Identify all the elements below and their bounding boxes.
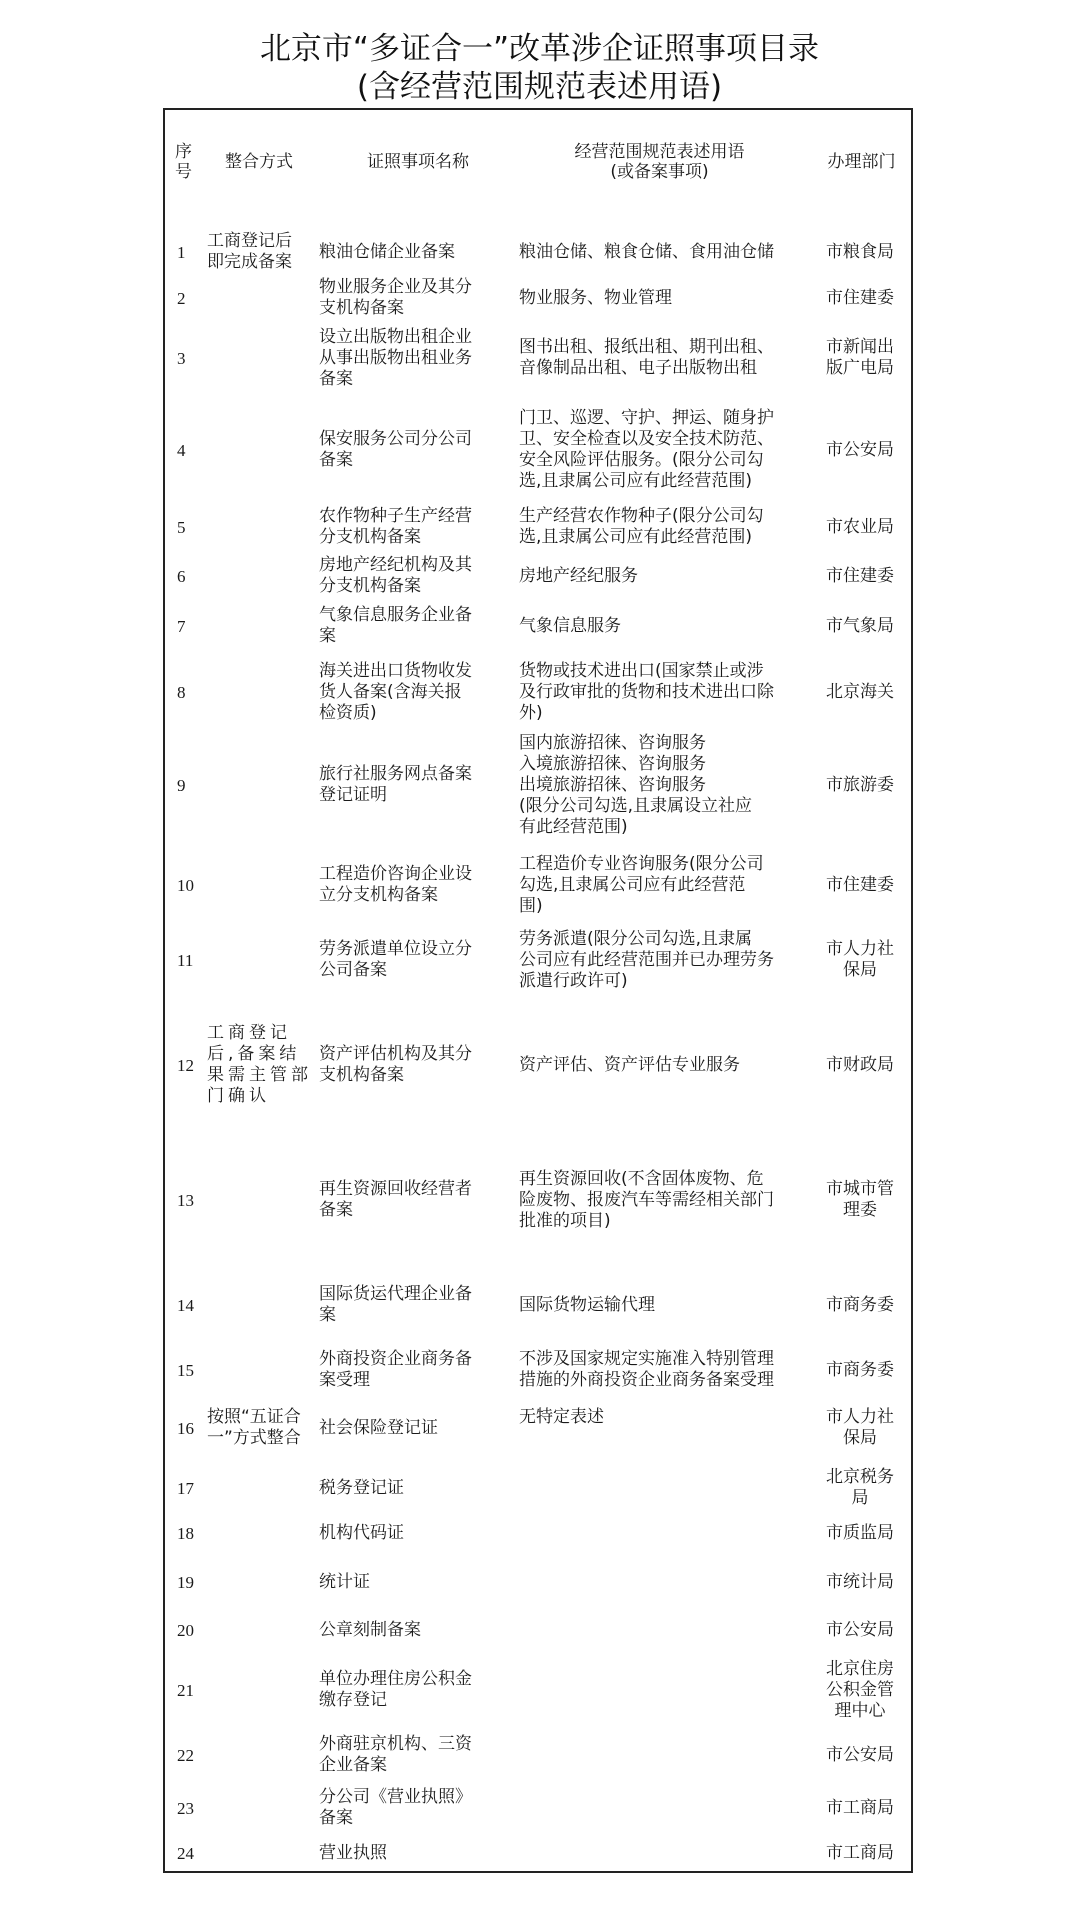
row-number: 3: [165, 348, 203, 369]
business-scope: 工程造价专业咨询服务(限分公司 勾选,且隶属公司应有此经营范 围): [519, 854, 809, 917]
handling-department: 市公安局: [809, 1745, 911, 1766]
row-number: 8: [165, 682, 203, 703]
row-number: 16: [165, 1418, 203, 1439]
certificate-name: 机构代码证: [319, 1523, 519, 1544]
handling-department: 市气象局: [809, 616, 911, 637]
certificate-name: 房地产经纪机构及其 分支机构备案: [319, 555, 519, 597]
handling-department: 市农业局: [809, 517, 911, 538]
header-name: 证照事项名称: [329, 152, 507, 172]
table-row: 12工商登记 后,备案结 果需主管部 门确认资产评估机构及其分 支机构备案资产评…: [165, 1023, 911, 1107]
handling-department: 市财政局: [809, 1055, 911, 1076]
row-number: 10: [165, 875, 203, 896]
row-number: 5: [165, 517, 203, 538]
integration-method: 按照“五证合 一”方式整合: [203, 1407, 319, 1449]
certificate-name: 单位办理住房公积金 缴存登记: [319, 1669, 519, 1711]
table-row: 13再生资源回收经营者 备案再生资源回收(不含固体废物、危 险废物、报废汽车等需…: [165, 1169, 911, 1232]
document-title: 北京市“多证合一”改革涉企证照事项目录: [0, 30, 1079, 68]
handling-department: 市质监局: [809, 1523, 911, 1544]
certificate-name: 国际货运代理企业备 案: [319, 1284, 519, 1326]
row-number: 23: [165, 1798, 203, 1819]
row-number: 7: [165, 616, 203, 637]
table-row: 5农作物种子生产经营 分支机构备案生产经营农作物种子(限分公司勾 选,且隶属公司…: [165, 506, 911, 548]
business-scope: 粮油仓储、粮食仓储、食用油仓储: [519, 242, 809, 263]
handling-department: 市粮食局: [809, 242, 911, 263]
header-dept: 办理部门: [812, 152, 911, 172]
certificate-name: 外商驻京机构、三资 企业备案: [319, 1734, 519, 1776]
row-number: 2: [165, 288, 203, 309]
business-scope: 门卫、巡逻、守护、押运、随身护 卫、安全检查以及安全技术防范、 安全风险评估服务…: [519, 408, 809, 492]
business-scope: 生产经营农作物种子(限分公司勾 选,且隶属公司应有此经营范围): [519, 506, 809, 548]
row-number: 11: [165, 950, 203, 971]
business-scope: 无特定表述: [519, 1407, 809, 1428]
handling-department: 市住建委: [809, 566, 911, 587]
table-row: 11劳务派遣单位设立分 公司备案劳务派遣(限分公司勾选,且隶属 公司应有此经营范…: [165, 929, 911, 992]
table-row: 24营业执照市工商局: [165, 1843, 911, 1864]
handling-department: 北京税务 局: [809, 1467, 911, 1509]
handling-department: 市旅游委: [809, 775, 911, 796]
certificate-name: 再生资源回收经营者 备案: [319, 1179, 519, 1221]
handling-department: 市住建委: [809, 288, 911, 309]
table-row: 15外商投资企业商务备 案受理不涉及国家规定实施准入特别管理 措施的外商投资企业…: [165, 1349, 911, 1391]
handling-department: 北京海关: [809, 682, 911, 703]
handling-department: 市商务委: [809, 1295, 911, 1316]
business-scope: 再生资源回收(不含固体废物、危 险废物、报废汽车等需经相关部门 批准的项目): [519, 1169, 809, 1232]
business-scope: 房地产经纪服务: [519, 566, 809, 587]
certificate-name: 劳务派遣单位设立分 公司备案: [319, 939, 519, 981]
header-scope: 经营范围规范表述用语 (或备案事项): [507, 142, 812, 182]
certificate-name: 保安服务公司分公司 备案: [319, 429, 519, 471]
table-row: 22外商驻京机构、三资 企业备案市公安局: [165, 1734, 911, 1776]
certificate-name: 物业服务企业及其分 支机构备案: [319, 277, 519, 319]
row-number: 15: [165, 1360, 203, 1381]
row-number: 18: [165, 1523, 203, 1544]
row-number: 4: [165, 440, 203, 461]
business-scope: 国内旅游招徕、咨询服务 入境旅游招徕、咨询服务 出境旅游招徕、咨询服务 (限分公…: [519, 733, 809, 838]
table-row: 6房地产经纪机构及其 分支机构备案房地产经纪服务市住建委: [165, 555, 911, 597]
row-number: 24: [165, 1843, 203, 1864]
business-scope: 货物或技术进出口(国家禁止或涉 及行政审批的货物和技术进出口除 外): [519, 661, 809, 724]
handling-department: 市城市管 理委: [809, 1179, 911, 1221]
handling-department: 市商务委: [809, 1360, 911, 1381]
row-number: 17: [165, 1478, 203, 1499]
certificate-name: 工程造价咨询企业设 立分支机构备案: [319, 864, 519, 906]
business-scope: 劳务派遣(限分公司勾选,且隶属 公司应有此经营范围并已办理劳务 派遣行政许可): [519, 929, 809, 992]
row-number: 9: [165, 775, 203, 796]
row-number: 21: [165, 1680, 203, 1701]
table-row: 18机构代码证市质监局: [165, 1523, 911, 1544]
certificate-name: 分公司《营业执照》 备案: [319, 1787, 519, 1829]
certificate-name: 农作物种子生产经营 分支机构备案: [319, 506, 519, 548]
row-number: 22: [165, 1745, 203, 1766]
handling-department: 市工商局: [809, 1843, 911, 1864]
integration-method: 工商登记后 即完成备案: [203, 231, 319, 273]
row-number: 6: [165, 566, 203, 587]
certificate-name: 社会保险登记证: [319, 1418, 519, 1439]
table-row: 23分公司《营业执照》 备案市工商局: [165, 1787, 911, 1829]
certificate-name: 气象信息服务企业备 案: [319, 605, 519, 647]
certificate-name: 营业执照: [319, 1843, 519, 1864]
table-row: 10工程造价咨询企业设 立分支机构备案工程造价专业咨询服务(限分公司 勾选,且隶…: [165, 854, 911, 917]
certificate-name: 旅行社服务网点备案 登记证明: [319, 764, 519, 806]
business-scope: 不涉及国家规定实施准入特别管理 措施的外商投资企业商务备案受理: [519, 1349, 809, 1391]
certificate-name: 资产评估机构及其分 支机构备案: [319, 1044, 519, 1086]
table-row: 14国际货运代理企业备 案国际货物运输代理市商务委: [165, 1284, 911, 1326]
table-row: 2物业服务企业及其分 支机构备案物业服务、物业管理市住建委: [165, 277, 911, 319]
handling-department: 市工商局: [809, 1798, 911, 1819]
handling-department: 市公安局: [809, 440, 911, 461]
row-number: 1: [165, 242, 203, 263]
table-row: 19统计证市统计局: [165, 1572, 911, 1593]
certificate-name: 外商投资企业商务备 案受理: [319, 1349, 519, 1391]
business-scope: 国际货物运输代理: [519, 1295, 809, 1316]
certificate-name: 统计证: [319, 1572, 519, 1593]
table-row: 7气象信息服务企业备 案气象信息服务市气象局: [165, 605, 911, 647]
table-row: 8海关进出口货物收发 货人备案(含海关报 检资质)货物或技术进出口(国家禁止或涉…: [165, 661, 911, 724]
row-number: 12: [165, 1055, 203, 1076]
row-number: 20: [165, 1620, 203, 1641]
handling-department: 北京住房 公积金管 理中心: [809, 1659, 911, 1722]
row-number: 19: [165, 1572, 203, 1593]
business-scope: 气象信息服务: [519, 616, 809, 637]
business-scope: 物业服务、物业管理: [519, 288, 809, 309]
certificate-name: 设立出版物出租企业 从事出版物出租业务 备案: [319, 327, 519, 390]
certificate-name: 海关进出口货物收发 货人备案(含海关报 检资质): [319, 661, 519, 724]
table-row: 20公章刻制备案市公安局: [165, 1620, 911, 1641]
certificate-name: 公章刻制备案: [319, 1620, 519, 1641]
table-row: 9旅行社服务网点备案 登记证明国内旅游招徕、咨询服务 入境旅游招徕、咨询服务 出…: [165, 733, 911, 838]
handling-department: 市统计局: [809, 1572, 911, 1593]
table-row: 21单位办理住房公积金 缴存登记北京住房 公积金管 理中心: [165, 1659, 911, 1722]
document-subtitle: (含经营范围规范表述用语): [0, 68, 1079, 106]
handling-department: 市住建委: [809, 875, 911, 896]
table-row: 16按照“五证合 一”方式整合社会保险登记证无特定表述市人力社 保局: [165, 1407, 911, 1449]
table-row: 1工商登记后 即完成备案粮油仓储企业备案粮油仓储、粮食仓储、食用油仓储市粮食局: [165, 231, 911, 273]
table-row: 4保安服务公司分公司 备案门卫、巡逻、守护、押运、随身护 卫、安全检查以及安全技…: [165, 408, 911, 492]
row-number: 13: [165, 1190, 203, 1211]
header-method: 整合方式: [189, 152, 329, 172]
handling-department: 市公安局: [809, 1620, 911, 1641]
handling-department: 市人力社 保局: [809, 1407, 911, 1449]
certificate-name: 粮油仓储企业备案: [319, 242, 519, 263]
integration-method: 工商登记 后,备案结 果需主管部 门确认: [203, 1023, 319, 1107]
header-no: 序 号: [165, 142, 189, 182]
row-number: 14: [165, 1295, 203, 1316]
table-row: 17税务登记证北京税务 局: [165, 1467, 911, 1509]
certificate-name: 税务登记证: [319, 1478, 519, 1499]
table-header: 序 号 整合方式 证照事项名称 经营范围规范表述用语 (或备案事项) 办理部门: [165, 134, 911, 190]
handling-department: 市新闻出 版广电局: [809, 337, 911, 379]
table-row: 3设立出版物出租企业 从事出版物出租业务 备案图书出租、报纸出租、期刊出租、 音…: [165, 327, 911, 390]
handling-department: 市人力社 保局: [809, 939, 911, 981]
business-scope: 图书出租、报纸出租、期刊出租、 音像制品出租、电子出版物出租: [519, 337, 809, 379]
business-scope: 资产评估、资产评估专业服务: [519, 1055, 809, 1076]
